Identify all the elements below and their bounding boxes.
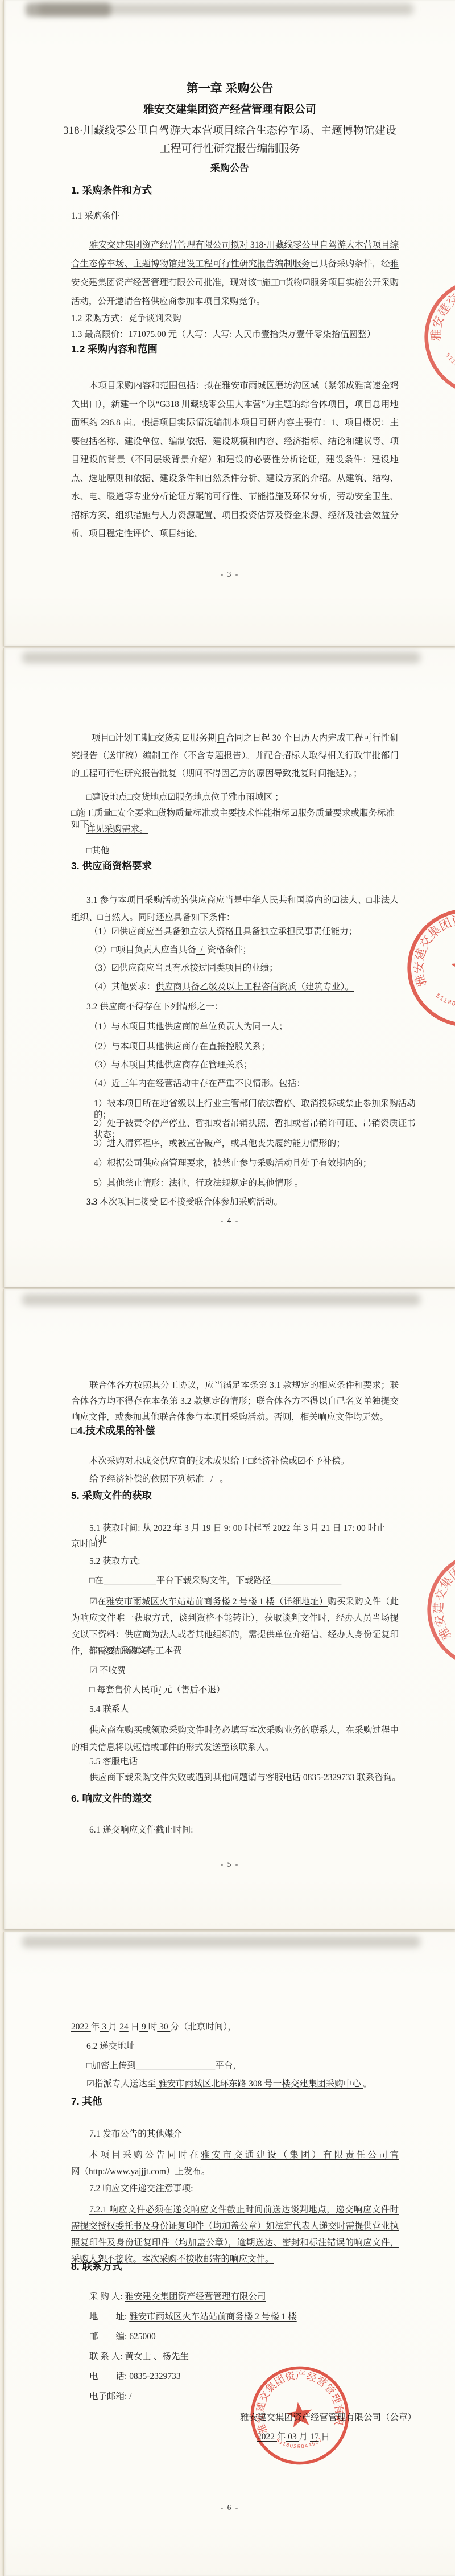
text-segment: 0835-2329733 — [129, 2372, 180, 2381]
text-segment: 雅安市雨城区火车站站前商务楼 2 号楼 1 楼（详细地址） — [106, 1597, 328, 1607]
text-segment: 3.3 — [86, 1197, 100, 1207]
text-segment: 21 — [319, 1523, 332, 1533]
text-segment: 时起至 — [242, 1523, 270, 1533]
page-number: - 4 - — [4, 1215, 455, 1226]
section-5-3-heading: 5.3 交纳采购文件工本费 — [89, 1645, 417, 1657]
text-segment: 2022 — [257, 2432, 277, 2442]
compensation-standard: 给予经济补偿的依照下列标准 / 。 — [89, 1474, 417, 1485]
text-segment: 供应商具备乙级及以上工程咨信资质（建筑专业）。 — [155, 982, 354, 992]
text-segment: 黄女士 、杨先生 — [125, 2352, 188, 2361]
item-3-2-4: （4）近三年内在经营活动中存在严重不良情形。包括： — [89, 1078, 417, 1090]
section-5-5-heading: 5.5 客服电话 — [89, 1756, 417, 1768]
text-segment: 1.3 最高限价： — [71, 330, 129, 339]
text-segment: 19 — [200, 1523, 213, 1533]
text-segment: - 4 - — [221, 1216, 239, 1225]
item-3-1-3: （3）☑供应商应当具有承接过同类项目的业绩； — [89, 963, 417, 974]
option-encrypted-upload: □加密上传到＿＿＿＿＿＿＿＿＿平台， — [86, 2060, 414, 2072]
text-segment: - 5 - — [221, 1860, 239, 1868]
text-segment: / — [129, 2392, 131, 2401]
text-segment: 。 — [363, 2079, 373, 2089]
item-3-2-2: （2）与本项目其他供应商存在直接控股关系； — [89, 1041, 417, 1053]
text-segment: / — [204, 1474, 220, 1484]
text-segment: 7. 其他 — [71, 2096, 102, 2107]
text-segment: 元（售后不退） — [161, 1685, 225, 1695]
text-segment: 雅安市雨城区北环东路 308 号一楼交建集团采购中心 — [156, 2079, 363, 2089]
text-segment: （4）其他要求： — [89, 982, 155, 992]
item-3-1-1: （1）☑供应商应当具备独立法人资格且具备独立承担民事责任能力； — [89, 926, 417, 938]
text-segment: ＿＿＿＿＿＿ — [104, 1576, 156, 1585]
section-5-1-line2: 京时间） — [71, 1539, 399, 1550]
text-segment: 7.1 发布公告的其他媒介 — [89, 2129, 182, 2139]
text-segment: 5.2 获取方式: — [89, 1556, 140, 1566]
text-segment: 大写: 人民币壹拾柒万壹仟零柒拾伍圆整 — [212, 330, 367, 339]
text-segment: 5）其他禁止情形： — [94, 1178, 169, 1188]
text-segment: 月 — [299, 2432, 310, 2442]
item-3-2-4-5: 5）其他禁止情形：法律、行政法规规定的其他情形 。 — [94, 1178, 421, 1189]
price-limit: 1.3 最高限价：171075.00 元（大写：大写: 人民币壹拾柒万壹仟零柒拾… — [71, 329, 399, 340]
text-segment: 2）处于被责令停产停业、暂扣或者吊销执照、暂扣或者吊销许可证、吊销资质证书状态； — [94, 1119, 416, 1140]
text-segment: 3.2 供应商不得存在下列情形之一： — [86, 1002, 223, 1012]
text-segment: 本次采购对未成交供应商的技术成果给于□经济补偿或☑不予补偿。 — [89, 1456, 349, 1466]
text-segment: 2022 — [151, 1523, 173, 1533]
scan-artifact — [22, 1936, 420, 1948]
scan-artifact — [38, 3, 413, 15]
section-5-4-text: 供应商在购买或领取采购文件时务必填写本次采购业务的联系人，在采购过程中的相关信息… — [71, 1722, 399, 1756]
deadline-date: 2022 年 3 月 24 日 9 时 30 分（北京时间）， — [71, 2022, 399, 2033]
consortium-text: 联合体各方按照其分工协议，应当满足本条第 3.1 款规定的相应条件和要求；联合体… — [71, 1378, 399, 1425]
text-segment: 5.3 交纳采购文件工本费 — [89, 1646, 182, 1655]
option-deliver-in-person: ☑指派专人送达至 雅安市雨城区北环东路 308 号一楼交建集团采购中心 。 — [86, 2078, 414, 2090]
text-segment: 3 — [100, 2022, 109, 2032]
text-segment: ☑ 不收费 — [89, 1666, 126, 1675]
text-segment: （4）近三年内在经营活动中存在严重不良情形。包括： — [89, 1079, 305, 1088]
text-segment: 1.2 采购方式：竞争谈判采购 — [71, 314, 181, 323]
section-6-2-heading: 6.2 递交地址 — [86, 2041, 414, 2052]
text-segment: □加密上传到 — [86, 2061, 136, 2070]
text-segment: 电 话: — [89, 2372, 129, 2381]
text-segment: 2022 — [71, 2022, 91, 2032]
text-segment: 3. 供应商资格要求 — [71, 860, 152, 872]
page-number: - 5 - — [4, 1859, 455, 1870]
fee-free-checkbox: ☑ 不收费 — [89, 1665, 417, 1677]
text-segment: 月 — [109, 2022, 119, 2032]
item-3-2-4-1: 1）被本项目所在地省级以上行业主管部门依法暂停、取消投标或禁止参加采购活动的； — [94, 1098, 421, 1121]
section-6-heading: 6. 响应文件的递交 — [71, 1793, 399, 1804]
text-segment: 时 — [148, 2022, 158, 2032]
section-5-4-heading: 5.4 联系人 — [89, 1704, 417, 1715]
section-1-heading: 1. 采购条件和方式 — [71, 184, 399, 196]
text-segment: □ 每套售价人民币 — [89, 1685, 159, 1695]
text-segment: 5. 采购文件的获取 — [71, 1490, 152, 1501]
text-segment: 元（大写： — [168, 330, 213, 339]
page-number: - 6 - — [4, 2502, 455, 2513]
text-segment: 资格条件； — [205, 945, 251, 955]
text-segment: ☑在 — [89, 1597, 106, 1607]
text-segment: 171075.00 — [129, 330, 168, 339]
text-segment: 联合体各方按照其分工协议，应当满足本条第 3.1 款规定的相应条件和要求；联合体… — [71, 1381, 399, 1422]
text-segment: 年 — [277, 2432, 286, 2442]
text-segment: 。 — [220, 1474, 229, 1484]
text-segment: （3）☑供应商应当具有承接过同类项目的业绩； — [89, 963, 278, 973]
scan-artifact — [22, 652, 420, 663]
text-segment: （1）☑供应商应当具备独立法人资格且具备独立承担民事责任能力； — [89, 927, 357, 936]
text-segment: 分（北京时间）， — [170, 2022, 236, 2032]
contact-address: 地 址: 雅安市雨城区火车站站前商务楼 2 号楼 1 楼 — [89, 2311, 417, 2323]
text-segment: 。 — [292, 1178, 303, 1188]
section-1-1-heading: 1.1 采购条件 — [71, 211, 399, 222]
chapter-title: 第一章 采购公告 — [4, 83, 455, 95]
text-segment: 雅安交建集团资产经营管理有限公司 — [143, 104, 316, 116]
company-title: 雅安交建集团资产经营管理有限公司 — [4, 104, 455, 116]
item-3-2-4-3: 3）进入清算程序，或被宣告破产，或其他丧失履约能力情形的； — [94, 1138, 421, 1149]
section-6-1-heading: 6.1 递交响应文件截止时间: — [89, 1825, 417, 1836]
text-segment: 项目□计划工期□交货期☑服务期 — [92, 733, 217, 743]
text-segment: （公章） — [381, 2413, 416, 2422]
item-3-2-4-4: 4）根据公司供应商管理要求，被禁止参与采购活动且处于有效期内的； — [94, 1158, 421, 1169]
text-segment: 年 — [173, 1523, 183, 1533]
section-4-heading: □4.技术成果的补偿 — [71, 1425, 399, 1436]
project-title: 318·川藏线零公里自驾游大本营项目综合生态停车场、主题博物馆建设工程可行性研究… — [59, 122, 400, 158]
text-segment: - 6 - — [221, 2503, 239, 2512]
text-segment: / — [196, 945, 205, 955]
item-3-2-1: （1）与本项目其他供应商的单位负责人为同一人； — [89, 1021, 417, 1033]
text-segment: - 3 - — [221, 570, 239, 578]
text-segment: 1.1 采购条件 — [71, 211, 119, 221]
text-segment: 自 — [217, 733, 226, 743]
contact-person: 联 系 人: 黄女士 、杨先生 — [89, 2351, 417, 2363]
text-segment: 3）进入清算程序，或被宣告破产，或其他丧失履约能力情形的； — [94, 1139, 345, 1148]
text-segment: 9: 00 — [224, 1523, 242, 1533]
section-7-heading: 7. 其他 — [71, 2096, 399, 2107]
text-segment: 月 — [191, 1523, 200, 1533]
section-7-1-text: 本 项 目 采 购 公 告 同 时 在 雅 安 市 交 通 建 设 （ 集 团 … — [71, 2147, 399, 2180]
other-checkbox: □其他 — [86, 845, 414, 857]
text-segment: 1. 采购条件和方式 — [71, 184, 152, 196]
scanned-page-3: 第一章 采购公告雅安交建集团资产经营管理有限公司318·川藏线零公里自驾游大本营… — [3, 0, 455, 646]
section-5-5-text: 供应商下载采购文件失败或遇到其他问题请与客服电话 0835-2329733 联系… — [89, 1772, 417, 1784]
text-segment: 1.2 采购内容和范围 — [71, 343, 158, 355]
section-3-1-text: 3.1 参与本项目采购活动的供应商应当是中华人民共和国境内的☑法人、□非法人组织… — [71, 892, 399, 926]
item-3-2-3: （3）与本项目其他供应商存在管理关系； — [89, 1059, 417, 1071]
text-segment: 平台下载采购文件，下载路径 — [156, 1576, 271, 1585]
text-segment: 本次项目□接受 ☑不接受联合体参加采购活动。 — [100, 1197, 283, 1207]
text-segment: 邮 编: — [89, 2332, 129, 2341]
text-segment: □在 — [89, 1576, 104, 1585]
text-segment: 本 项 目 采 购 公 告 同 时 在 — [89, 2150, 201, 2160]
option-platform-download: □在＿＿＿＿＿＿平台下载采购文件，下载路径＿＿＿＿＿＿＿＿ — [89, 1575, 417, 1587]
text-segment: 联 系 人: — [89, 2352, 125, 2361]
scanned-page-4: 项目□计划工期□交货期☑服务期自合同之日起 30 个日历天内完成工程可行性研究报… — [3, 648, 455, 1287]
text-segment: 给予经济补偿的依照下列标准 — [89, 1474, 204, 1484]
section-1-2-text: 本项目采购内容和范围包括：拟在雅安市雨城区磨坊沟区域（紧邻成雅高速金鸡关出口），… — [71, 377, 399, 544]
text-segment: 8. 联系方式 — [71, 2261, 122, 2272]
text-segment: 17 — [310, 2432, 319, 2442]
text-segment: 供应商在购买或领取采购文件时务必填写本次采购业务的联系人，在采购过程中的相关信息… — [71, 1725, 399, 1752]
text-segment: 30 — [157, 2022, 170, 2032]
section-3-3-text: 3.3 本次项目□接受 ☑不接受联合体参加采购活动。 — [86, 1197, 414, 1208]
text-segment: 4）根据公司供应商管理要求，被禁止参与采购活动且处于有效期内的； — [94, 1158, 371, 1168]
text-segment: 法律、行政法规规定的其他情形 — [169, 1178, 292, 1188]
fee-paid-checkbox: □ 每套售价人民币/ 元（售后不退） — [89, 1685, 417, 1696]
text-segment: 3 — [301, 1523, 311, 1533]
text-segment: 详见采购需求。 — [86, 824, 148, 834]
section-3-heading: 3. 供应商资格要求 — [71, 860, 399, 872]
signature-line: 雅安建交集团资产经营管理有限公司（公章） — [240, 2412, 450, 2423]
text-segment: 月 — [310, 1523, 319, 1533]
text-segment: 5.5 客服电话 — [89, 1757, 138, 1766]
text-segment: □建设地点□交货地点☑服务地点位于 — [86, 792, 229, 802]
text-segment: 雅安建交集团资产经营管理有限公司 — [240, 2413, 381, 2422]
text-segment: 日 — [213, 1523, 224, 1533]
section-1-1-text: 雅安交建集团资产经营管理有限公司拟对 318·川藏线零公里自驾游大本营项目综合生… — [71, 236, 399, 311]
text-segment: 1）被本项目所在地省级以上行业主管部门依法暂停、取消投标或禁止参加采购活动的； — [94, 1099, 416, 1120]
see-requirement: 详见采购需求。 — [86, 824, 414, 835]
text-segment: 上发布。 — [175, 2167, 210, 2176]
doc-subtitle: 采购公告 — [4, 163, 455, 174]
section-5-2-heading: 5.2 获取方式: — [89, 1556, 417, 1567]
text-segment: 2022 — [271, 1523, 293, 1533]
text-segment: 年 — [292, 1523, 301, 1533]
text-segment: 本项目采购内容和范围包括：拟在雅安市雨城区磨坊沟区域（紧邻成雅高速金鸡关出口），… — [71, 381, 399, 539]
text-segment: 供应商下载采购文件失败或遇到其他问题请与客服电话 — [89, 1773, 303, 1782]
page-number: - 3 - — [4, 569, 455, 580]
scanned-page-5: 联合体各方按照其分工协议，应当满足本条第 3.1 款规定的相应条件和要求；联合体… — [3, 1289, 455, 1929]
section-5-heading: 5. 采购文件的获取 — [71, 1490, 399, 1501]
signature-date: 2022 年 03 月 17 日 — [257, 2431, 439, 2443]
text-segment: （2）与本项目其他供应商存在直接控股关系； — [89, 1042, 270, 1051]
text-segment: 电子邮箱: — [89, 2392, 129, 2401]
text-segment: □其他 — [86, 846, 109, 856]
section-7-2-heading: 7.2 响应文件递交注意事项: — [89, 2183, 417, 2195]
section-3-2-heading: 3.2 供应商不得存在下列情形之一： — [86, 1001, 414, 1013]
text-segment: ＿＿＿＿＿＿＿＿＿ — [136, 2061, 216, 2070]
item-3-2-4-2: 2）处于被责令停产停业、暂扣或者吊销执照、暂扣或者吊销许可证、吊销资质证书状态； — [94, 1118, 421, 1141]
text-segment: 5.4 联系人 — [89, 1704, 129, 1714]
text-segment: 7.2 响应文件递交注意事项: — [89, 2184, 193, 2193]
text-segment: 地 址: — [89, 2312, 129, 2322]
text-segment: 日 — [129, 2022, 139, 2032]
contact-email: 电子邮箱: / — [89, 2391, 417, 2402]
text-segment: ） — [367, 330, 376, 339]
text-segment: 雅安建交集团资产经营管理有限公司 — [125, 2292, 266, 2302]
text-segment: 24 — [119, 2022, 129, 2032]
contact-phone: 电 话: 0835-2329733 — [89, 2371, 417, 2382]
text-segment: 京时间） — [71, 1539, 106, 1549]
text-segment: 采购公告 — [210, 163, 249, 174]
text-segment: 0835-2329733 — [303, 1773, 354, 1782]
text-segment: 日 — [319, 2432, 330, 2442]
contact-postcode: 邮 编: 625000 — [89, 2331, 417, 2343]
item-3-1-4: （4）其他要求：供应商具备乙级及以上工程咨信资质（建筑专业）。 — [89, 981, 417, 993]
scanned-page-6: 2022 年 3 月 24 日 9 时 30 分（北京时间），6.2 递交地址□… — [3, 1932, 455, 2576]
text-segment: 平台， — [215, 2061, 242, 2070]
text-segment: □4.技术成果的补偿 — [71, 1425, 155, 1436]
text-segment: 雅安市雨城区火车站站前商务楼 2 号楼 1 楼 — [129, 2312, 297, 2322]
text-segment: 采 购 人: — [89, 2292, 125, 2302]
text-segment: 7.2.1 响应文件必须在递交响应文件截止时间前送达谈判地点，递交响应文件时需提… — [71, 2205, 399, 2264]
text-segment: ＿＿＿＿＿＿＿＿ — [271, 1576, 341, 1585]
section-7-1-heading: 7.1 发布公告的其他媒介 — [89, 2129, 417, 2140]
scan-artifact — [22, 1294, 420, 1305]
text-segment: 6. 响应文件的递交 — [71, 1793, 152, 1804]
text-segment: ☑指派专人送达至 — [86, 2079, 156, 2089]
text-segment: 3.1 参与本项目采购活动的供应商应当是中华人民共和国境内的☑法人、□非法人组织… — [71, 895, 399, 922]
text-segment: 已具备采购条件，经 — [310, 259, 390, 269]
text-segment: 3 — [182, 1523, 191, 1533]
text-segment: 318·川藏线零公里自驾游大本营项目综合生态停车场、主题博物馆建设工程可行性研究… — [63, 125, 396, 155]
text-segment: 6.1 递交响应文件截止时间: — [89, 1825, 193, 1835]
text-segment: （2）□项目负责人应当具备 — [89, 945, 196, 955]
section-8-heading: 8. 联系方式 — [71, 2261, 399, 2272]
text-segment: 9 — [139, 2022, 148, 2032]
text-segment: 625000 — [129, 2332, 156, 2341]
service-location: □建设地点□交货地点☑服务地点位于雅市雨城区 ； — [86, 792, 414, 803]
section-1-2-heading: 1.2 采购内容和范围 — [71, 343, 399, 355]
text-segment: 5.1 获取时间: 从 — [89, 1523, 151, 1533]
text-segment: 年 — [91, 2022, 100, 2032]
purchase-method: 1.2 采购方式：竞争谈判采购 — [71, 313, 399, 324]
scanned-procurement-document: { "document": { "pages": [ { "label": "p… — [0, 0, 455, 2576]
service-period-text: 项目□计划工期□交货期☑服务期自合同之日起 30 个日历天内完成工程可行性研究报… — [71, 729, 399, 782]
text-segment: 联系咨询。 — [354, 1773, 400, 1782]
item-3-1-2: （2）□项目负责人应当具备 / 资格条件； — [89, 944, 417, 956]
text-segment: （3）与本项目其他供应商存在管理关系； — [89, 1060, 253, 1070]
text-segment: ； — [275, 792, 284, 802]
section-7-2-1-text: 7.2.1 响应文件必须在递交响应文件截止时间前送达谈判地点，递交响应文件时需提… — [71, 2201, 399, 2267]
text-segment: 第一章 采购公告 — [187, 82, 274, 95]
section-4-text: 本次采购对未成交供应商的技术成果给于□经济补偿或☑不予补偿。 — [89, 1456, 417, 1467]
text-segment: 03 — [286, 2432, 299, 2442]
text-segment: （1）与本项目其他供应商的单位负责人为同一人； — [89, 1022, 288, 1032]
contact-purchaser: 采 购 人: 雅安建交集团资产经营管理有限公司 — [89, 2291, 417, 2303]
text-segment: 雅市雨城区 — [229, 792, 275, 802]
text-segment: 6.2 递交地址 — [86, 2041, 135, 2051]
